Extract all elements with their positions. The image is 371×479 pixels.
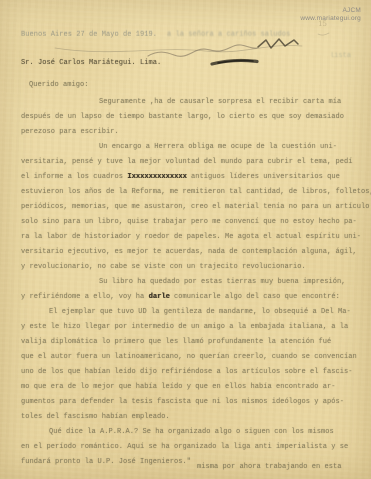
letter-line: perezoso para escribir. [21,125,365,140]
letter-line: Su libro ha quedado por estas tierras mu… [21,275,365,290]
watermark-url: www.mariategui.org [300,15,361,23]
letter-line: en el período romántico. Aquí se ha orga… [21,440,365,455]
letter-line: y refiriéndome a ello, voy ha darle comu… [21,290,365,305]
offset-tail-text: misma por ahora trabajando en esta [197,463,342,471]
pencil-note: 15 [318,20,327,28]
archive-watermark: AJCM www.mariategui.org [300,7,361,23]
watermark-initials: AJCM [300,7,361,15]
letter-line: estuvieron los años de la Reforma, me re… [21,185,365,200]
letter-line: Querido amigo: [21,78,365,93]
letter-line: versitaria, pensé y tuve la mejor volunt… [21,155,365,170]
letter-line: Un encargo a Herrera obliga me ocupe de … [21,140,365,155]
letter-line: periódicos, memorias, que me asustaron, … [21,200,365,215]
overstruck-word: Ixxxxxxxxxxxxx [127,173,187,181]
letter-line: después de un lapso de tiempo bastante l… [21,110,365,125]
letter-line: valija diplomática lo primero que les ll… [21,335,365,350]
letter-line: y revolucionario, no cabe se viste con u… [21,260,365,275]
letter-line: Buenos Aires 27 de Mayo de 1919.a la señ… [21,28,365,43]
letter-body: Buenos Aires 27 de Mayo de 1919.a la señ… [21,28,365,470]
letter-scan-page: AJCM www.mariategui.org 15 lista Buenos … [0,0,371,479]
letter-line: Seguramente ,ha de causarle sorpresa el … [21,95,365,110]
letter-line: y este le hizo llegar por intermedio de … [21,320,365,335]
faded-fragment: a la señora a cariños saludos [167,31,290,39]
letter-line: solo sino para un libro, quise trabajar … [21,215,365,230]
letter-line: uno de los que habían leído dijo refirié… [21,365,365,380]
letter-line: fundará pronto la U.P. José Ingenieros."… [21,455,365,470]
letter-line: ra la labor de historiador y roedor de p… [21,230,365,245]
letter-line: mo que era de lo mejor que había leído y… [21,380,365,395]
letter-line: Sr. José Carlos Mariátegui. Lima. [21,56,365,71]
letter-line: gumentos para defender la tesis fascista… [21,395,365,410]
letter-line: que el autor fuera un latinoamericano, n… [21,350,365,365]
letter-line: versitario ejecutivo, es mejor te acuerd… [21,245,365,260]
overstruck-word: darle [149,293,170,301]
letter-line: El ejemplar que tuvo UD la gentileza de … [21,305,365,320]
letter-line: el informe a los cuadros Ixxxxxxxxxxxxx … [21,170,365,185]
letter-line: toles del fascismo habían empleado. [21,410,365,425]
letter-line: Qué dice la A.P.R.A.? Se ha organizado a… [21,425,365,440]
